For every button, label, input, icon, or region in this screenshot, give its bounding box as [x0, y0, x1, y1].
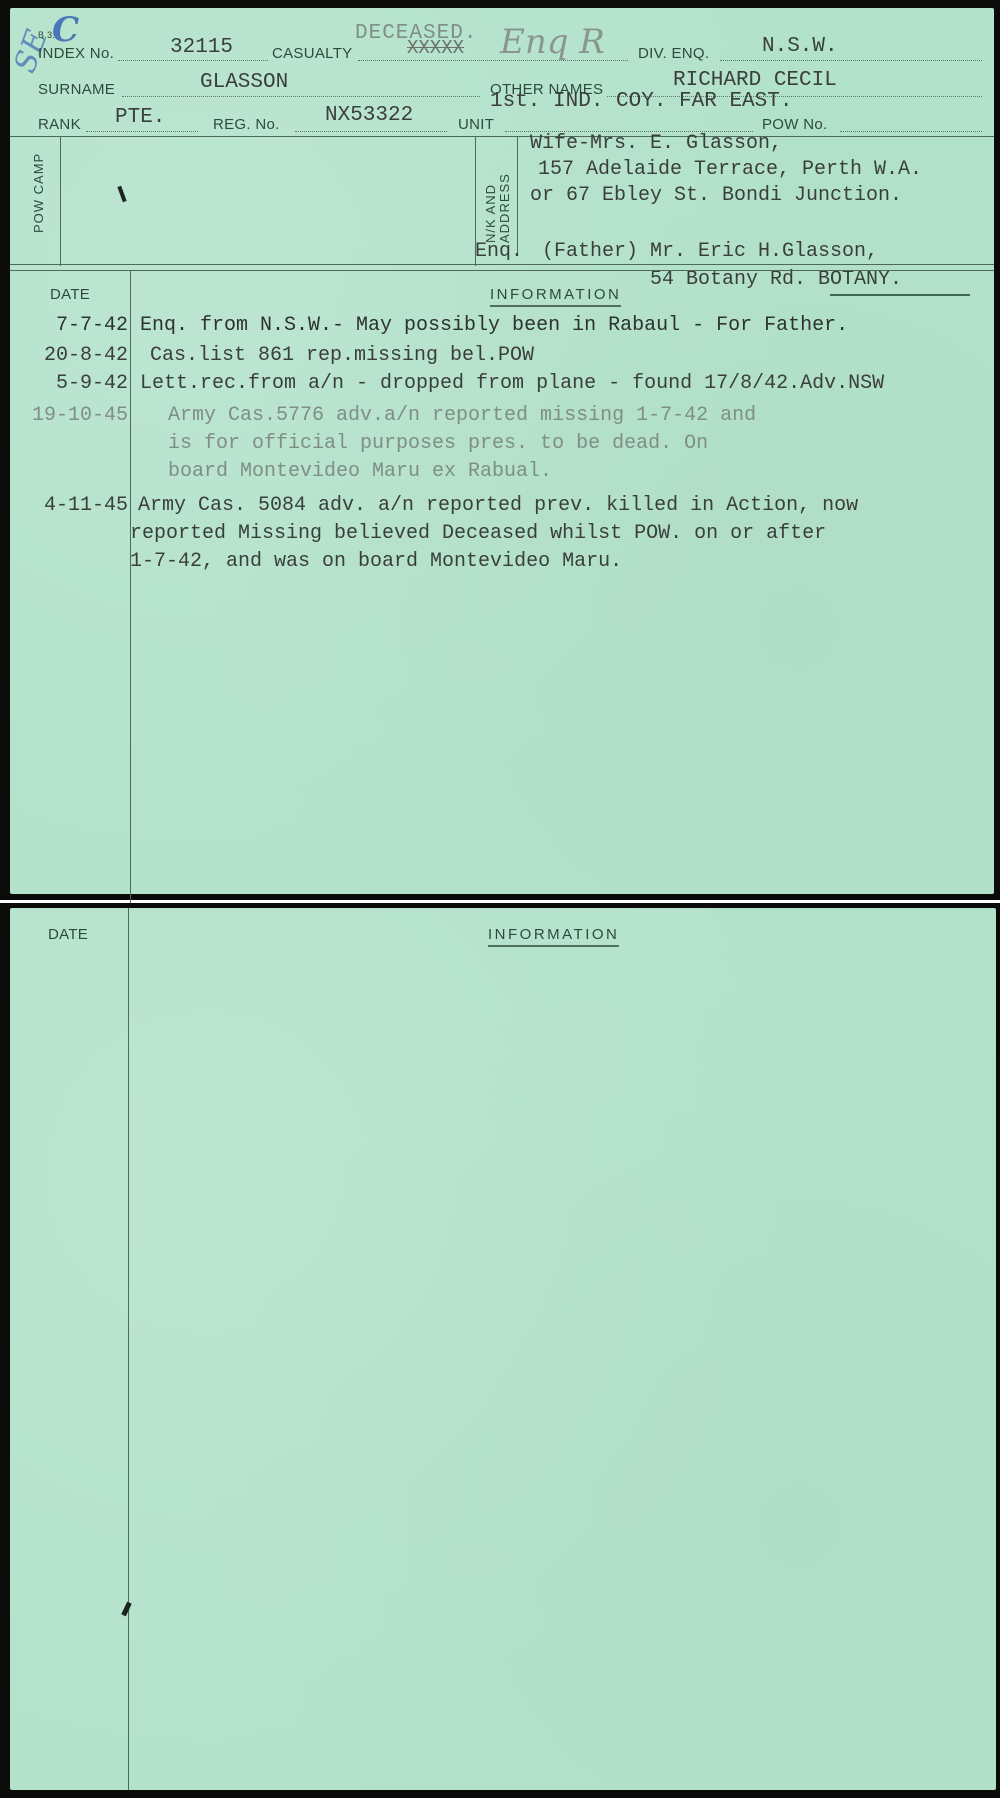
nk-address-label-line1: N/K AND [484, 184, 498, 243]
nk-address-line-2: 157 Adelaide Terrace, Perth W.A. [538, 158, 922, 181]
pow-no-label: POW No. [762, 116, 827, 133]
reg-no-value: NX53322 [325, 104, 413, 127]
entry-text: 1-7-42, and was on board Montevideo Maru… [130, 550, 622, 573]
index-no-label: INDEX No. [38, 45, 114, 62]
nk-address-line-4: (Father) Mr. Eric H.Glasson, [542, 240, 878, 263]
entry-date: 4-11-45 [44, 494, 128, 517]
record-card-front: C SE B.3. INDEX No. 32115 CASUALTY DECEA… [0, 0, 1000, 900]
pow-camp-label: POW CAMP [32, 153, 46, 233]
entry-text: board Montevideo Maru ex Rabual. [168, 460, 552, 483]
nk-address-line-3: or 67 Ebley St. Bondi Junction. [530, 184, 902, 207]
entry-text: Army Cas. 5084 adv. a/n reported prev. k… [138, 494, 858, 517]
entry-date: 20-8-42 [44, 344, 128, 367]
casualty-label: CASUALTY [272, 45, 352, 62]
botany-underline [830, 294, 970, 296]
blue-pencil-mark-c: C [52, 10, 79, 50]
unit-value: 1st. IND. COY. FAR EAST. [490, 90, 792, 113]
reg-no-dotted-line [295, 131, 447, 132]
entry-text: reported Missing believed Deceased whils… [130, 522, 826, 545]
date-column-divider [130, 270, 131, 905]
entry-text: Lett.rec.from a/n - dropped from plane -… [140, 372, 884, 395]
unit-label: UNIT [458, 116, 494, 133]
div-enq-dotted-line [720, 60, 982, 61]
date-column-header: DATE [50, 286, 90, 303]
date-column-header-back: DATE [48, 926, 88, 943]
information-column-header-back: INFORMATION [488, 926, 619, 947]
entry-date: 7-7-42 [56, 314, 128, 337]
reg-no-label: REG. No. [213, 116, 280, 133]
entry-date: 5-9-42 [56, 372, 128, 395]
entry-text: Enq. from N.S.W.- May possibly been in R… [140, 314, 848, 337]
entry-text: Army Cas.5776 adv.a/n reported missing 1… [168, 404, 756, 427]
entry-text: Cas.list 861 rep.missing bel.POW [150, 344, 534, 367]
card-back-surface: DATE INFORMATION [10, 908, 996, 1790]
form-code: B.3. [38, 30, 55, 40]
surname-label: SURNAME [38, 81, 115, 98]
punch-mark [117, 186, 126, 202]
date-column-divider-back [128, 908, 129, 1790]
entry-text: is for official purposes pres. to be dea… [168, 432, 708, 455]
index-no-value: 32115 [170, 36, 233, 59]
nk-address-enq-prefix: Enq. [475, 240, 523, 263]
pencil-annotation: Enq R [500, 22, 605, 62]
card-front-surface: C SE B.3. INDEX No. 32115 CASUALTY DECEA… [10, 8, 994, 894]
record-card-back: DATE INFORMATION [0, 903, 1000, 1798]
punch-mark-back [121, 1602, 131, 1617]
header-divider [10, 136, 994, 137]
nk-address-right-divider [517, 136, 518, 254]
surname-value: GLASSON [200, 71, 288, 94]
pow-no-dotted-line [840, 131, 982, 132]
casualty-struck-value: XXXXX [407, 37, 464, 59]
rank-value: PTE. [115, 106, 165, 129]
entry-date: 19-10-45 [32, 404, 128, 427]
information-column-header: INFORMATION [490, 286, 621, 307]
surname-dotted-line [122, 96, 480, 97]
other-names-value: RICHARD CECIL [673, 69, 837, 92]
pow-camp-divider [60, 136, 61, 266]
section-divider-bottom [10, 270, 994, 271]
nk-address-label-line2: ADDRESS [498, 173, 512, 243]
rank-label: RANK [38, 116, 81, 133]
section-divider-top [10, 264, 994, 265]
index-no-dotted-line [118, 60, 268, 61]
rank-dotted-line [86, 131, 198, 132]
div-enq-value: N.S.W. [762, 35, 838, 58]
nk-address-line-1: Wife-Mrs. E. Glasson, [530, 132, 782, 155]
div-enq-label: DIV. ENQ. [638, 45, 709, 62]
nk-address-line-5: 54 Botany Rd. BOTANY. [650, 268, 902, 291]
